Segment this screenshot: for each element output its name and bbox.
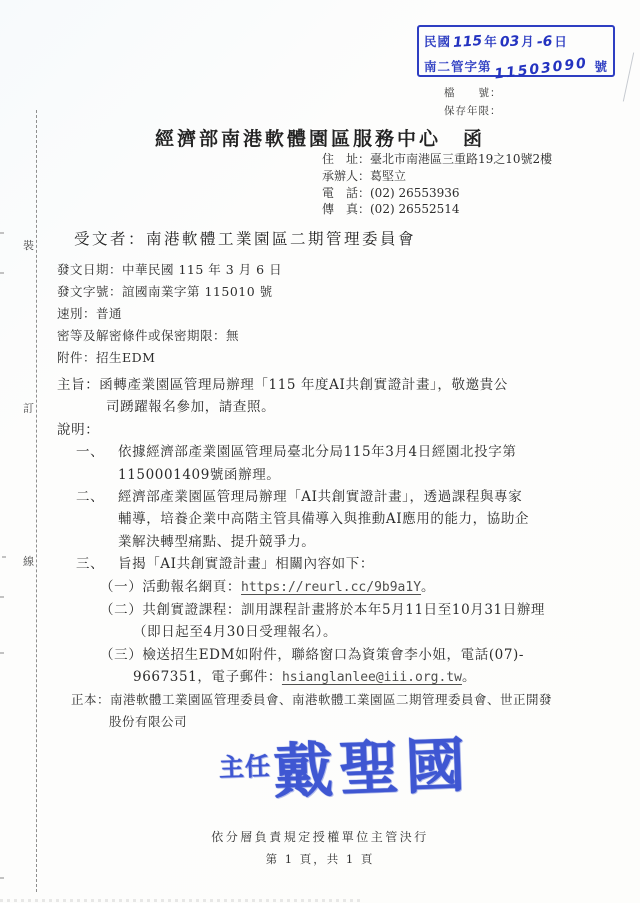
subitem-3-text: 檢送招生EDM如附件，聯絡窗口為資策會李小姐，電話(07)- [142,647,524,663]
stamp-handwritten-serial: 11503090 [491,52,591,87]
binding-mark-ding: 訂 [23,400,34,416]
item-1-text: 依據經濟部產業園區管理局臺北分局115年3月4日經園北投字第 [118,444,516,460]
contact-phone: 電 話：(02) 26553936 [322,185,552,202]
seal-name: 戴聖國 [272,731,472,808]
item-2-line-3: 業解決轉型痛點、提升競爭力。 [118,531,605,553]
contact-block: 住 址：臺北市南港區三重路19之10號2樓 承辦人：葛堅立 電 話：(02) 2… [322,151,552,218]
stamp-year-label: 年 [484,34,498,49]
stamp-handwritten-day: -6 [534,30,555,54]
scan-artifact-tick [0,596,4,598]
subitem-1-line: （一）活動報名網頁：https://reurl.cc/9b9a1Y。 [100,576,605,599]
item-3-marker: 三、 [76,553,118,575]
subitem-2-text: 共創實證課程：訓用課程計畫將於本年5月11日至10月31日辦理 [142,602,545,618]
stamp-serial-row: 南二管字第11503090 號 [424,54,608,79]
subitem-1-marker: （一） [100,579,142,595]
authorization-line: 依分層負責規定授權單位主管決行 [0,828,640,845]
scan-artifact-tick [0,272,4,274]
subitem-3-period: 。 [462,669,476,685]
stamp-date-row: 民國115年03月-6日 [424,29,608,54]
subitem-3-marker: （三） [100,647,142,663]
item-3-text: 旨揭「AI共創實證計畫」相關內容如下： [118,556,374,572]
subject-line-1: 主旨：函轉產業園區管理局辦理「115 年度AI共創實證計畫」，敬邀貴公 [57,374,605,396]
copy-to-line-1: 正本：南港軟體工業園區管理委員會、南港軟體工業園區二期管理委員會、世正開發 [71,689,552,711]
subitem-3-text-2: 9667351，電子郵件： [133,669,282,685]
scanned-official-letter: 裝 訂 線 民國115年03月-6日 南二管字第11503090 號 檔 號： … [0,0,640,903]
seal-title: 主任 [219,752,272,783]
item-3-line-1: 三、旨揭「AI共創實證計畫」相關內容如下： [57,553,605,575]
stamp-day-label: 日 [554,34,568,49]
subject-line-2: 司踴躍報名參加，請查照。 [106,396,605,418]
retention-period-label: 保存年限： [444,103,502,118]
scan-artifact-tick [0,652,4,654]
letter-body: 主旨：函轉產業園區管理局辦理「115 年度AI共創實證計畫」，敬邀貴公 司踴躍報… [57,374,605,690]
item-2-text: 經濟部產業園區管理局辦理「AI共創實證計畫」，透過課程與專家 [118,489,522,505]
scan-artifact-tick [0,232,4,234]
stamp-handwritten-month: 03 [497,30,522,55]
contact-fax: 傳 真：(02) 26552514 [322,201,552,218]
director-signature-seal: 主任戴聖國 [179,716,512,813]
contact-officer: 承辦人：葛堅立 [322,168,552,185]
stamp-era-label: 民國 [424,34,451,49]
registration-url-link[interactable]: https://reurl.cc/9b9a1Y [241,580,421,595]
binding-mark-zhuang: 裝 [23,237,34,253]
meta-attachment: 附件：招生EDM [57,347,282,369]
binding-mark-xian: 線 [23,553,34,569]
stamp-serial-suffix: 號 [595,59,609,74]
subitem-1-period: 。 [421,579,435,595]
item-1-line-2: 1150001409號函辦理。 [118,464,605,486]
item-1-line-1: 一、依據經濟部產業園區管理局臺北分局115年3月4日經園北投字第 [57,441,605,463]
stamp-month-label: 月 [521,34,535,49]
page-number-line: 第 1 頁，共 1 頁 [0,851,640,867]
scan-artifact-line [623,52,634,101]
subitem-2-line-1: （二）共創實證課程：訓用課程計畫將於本年5月11日至10月31日辦理 [100,599,605,621]
scan-artifact-tick [0,877,4,879]
explanation-label: 說明： [57,419,605,441]
received-date-stamp: 民國115年03月-6日 南二管字第11503090 號 [417,25,615,77]
item-2-line-2: 輔導，培養企業中高階主管具備導入與推動AI應用的能力，協助企 [118,508,605,530]
contact-email-link[interactable]: hsianglanlee@iii.org.tw [282,670,462,685]
subitem-2-line-2: （即日起至4月30日受理報名）。 [133,621,605,643]
meta-issue-date: 發文日期：中華民國 115 年 3 月 6 日 [57,259,282,281]
stamp-serial-prefix: 南二管字第 [424,59,492,74]
meta-security: 密等及解密條件或保密期限：無 [57,325,282,347]
document-title: 經濟部南港軟體園區服務中心 函 [0,124,640,151]
contact-address: 住 址：臺北市南港區三重路19之10號2樓 [322,151,552,168]
meta-issue-number: 發文字號：誼國南業字第 115010 號 [57,281,282,303]
subitem-3-line-2: 9667351，電子郵件：hsianglanlee@iii.org.tw。 [133,666,605,689]
item-2-line-1: 二、經濟部產業園區管理局辦理「AI共創實證計畫」，透過課程與專家 [57,486,605,508]
file-number-label: 檔 號： [444,85,502,100]
item-2-marker: 二、 [76,486,118,508]
recipient-line: 受文者：南港軟體工業園區二期管理委員會 [74,227,416,249]
scan-artifact-tick [2,556,6,558]
item-1-marker: 一、 [76,441,118,463]
meta-speed: 速別：普通 [57,303,282,325]
subitem-1-text: 活動報名網頁： [142,579,241,595]
stamp-handwritten-year: 115 [450,30,485,55]
subitem-3-line-1: （三）檢送招生EDM如附件，聯絡窗口為資策會李小姐，電話(07)- [100,644,605,666]
subitem-2-marker: （二） [100,602,142,618]
scan-artifact-bottom-edge [0,899,360,902]
binding-dashed-line [36,110,37,892]
document-meta: 發文日期：中華民國 115 年 3 月 6 日 發文字號：誼國南業字第 1150… [57,259,282,369]
